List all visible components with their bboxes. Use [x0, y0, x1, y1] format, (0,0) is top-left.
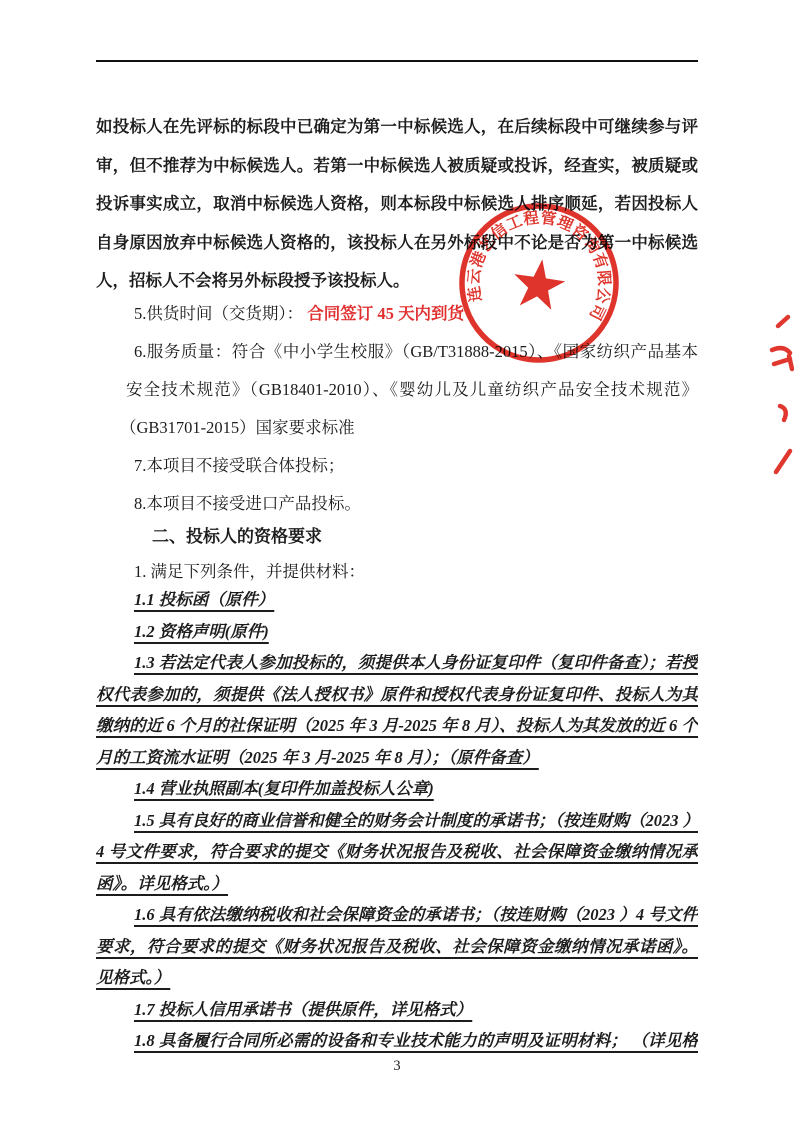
seal-graphic: 连云港艺信工程管理咨询有限公司: [443, 187, 635, 379]
partial-stamp-fragments: [764, 300, 794, 485]
section-2-heading: 二、投标人的资格要求: [96, 518, 698, 556]
subitem-1-1: 1.1 投标函（原件）: [96, 584, 698, 616]
subitem-1-7: 1.7 投标人信用承诺书（提供原件，详见格式）: [96, 994, 698, 1026]
seal-star-icon: [510, 256, 568, 311]
subitem-1-6-line: 见格式。）: [96, 962, 698, 994]
subitem-1-4: 1.4 营业执照副本(复印件加盖投标人公章): [96, 773, 698, 805]
subitem-1-3-line: 月的工资流水证明（2025 年 3 月-2025 年 8 月）；（原件备查）: [96, 742, 698, 774]
paragraph-line: 如投标人在先评标的标段中已确定为第一中标候选人，在后续标段中可继续参与评: [96, 108, 698, 147]
section-title: 二、投标人的资格要求: [96, 518, 698, 556]
subitem-1-3-line: 1.3 若法定代表人参加投标的，须提供本人身份证复印件（复印件备查）；若授: [96, 647, 698, 679]
subitem-1-6-line: 1.6 具有依法缴纳税收和社会保障资金的承诺书；（按连财购（2023 ）4 号文…: [96, 899, 698, 931]
subitem-1-6-line: 要求，符合要求的提交《财务状况报告及税收、社会保障资金缴纳情况承诺函》。详: [96, 931, 698, 963]
subitem-1-5-line: 1.5 具有良好的商业信誉和健全的财务会计制度的承诺书；（按连财购（2023 ）: [96, 805, 698, 837]
subitem-1-3-line: 权代表参加的，须提供《法人授权书》原件和授权代表身份证复印件、投标人为其: [96, 679, 698, 711]
subitem-1-5-line: 4 号文件要求，符合要求的提交《财务状况报告及税收、社会保障资金缴纳情况承诺: [96, 836, 698, 868]
subitem-1-8: 1.8 具备履行合同所必需的设备和专业技术能力的声明及证明材料； （详见格: [96, 1025, 698, 1057]
qualification-subitems: 1.1 投标函（原件） 1.2 资格声明(原件) 1.3 若法定代表人参加投标的…: [96, 584, 698, 1057]
page-number: 3: [0, 1058, 794, 1075]
item-5-highlight: 合同签订 45 天内到货: [307, 304, 464, 323]
item-6-line: （GB31701-2015）国家要求标准: [96, 409, 698, 447]
header-rule: [96, 60, 698, 62]
document-page: 如投标人在先评标的标段中已确定为第一中标候选人，在后续标段中可继续参与评 审，但…: [0, 0, 794, 1123]
item-7-no-consortium: 7.本项目不接受联合体投标；: [96, 447, 698, 485]
company-seal-stamp: 连云港艺信工程管理咨询有限公司: [443, 187, 635, 379]
subitem-1-2: 1.2 资格声明(原件): [96, 616, 698, 648]
item-5-label: 5.供货时间（交货期）：: [134, 304, 307, 323]
paragraph-line: 审，但不推荐为中标候选人。若第一中标候选人被质疑或投诉，经查实，被质疑或: [96, 147, 698, 186]
subitem-1-5-line: 函》。详见格式。）: [96, 868, 698, 900]
subitem-1-3-line: 缴纳的近 6 个月的社保证明（2025 年 3 月-2025 年 8 月）、投标…: [96, 710, 698, 742]
